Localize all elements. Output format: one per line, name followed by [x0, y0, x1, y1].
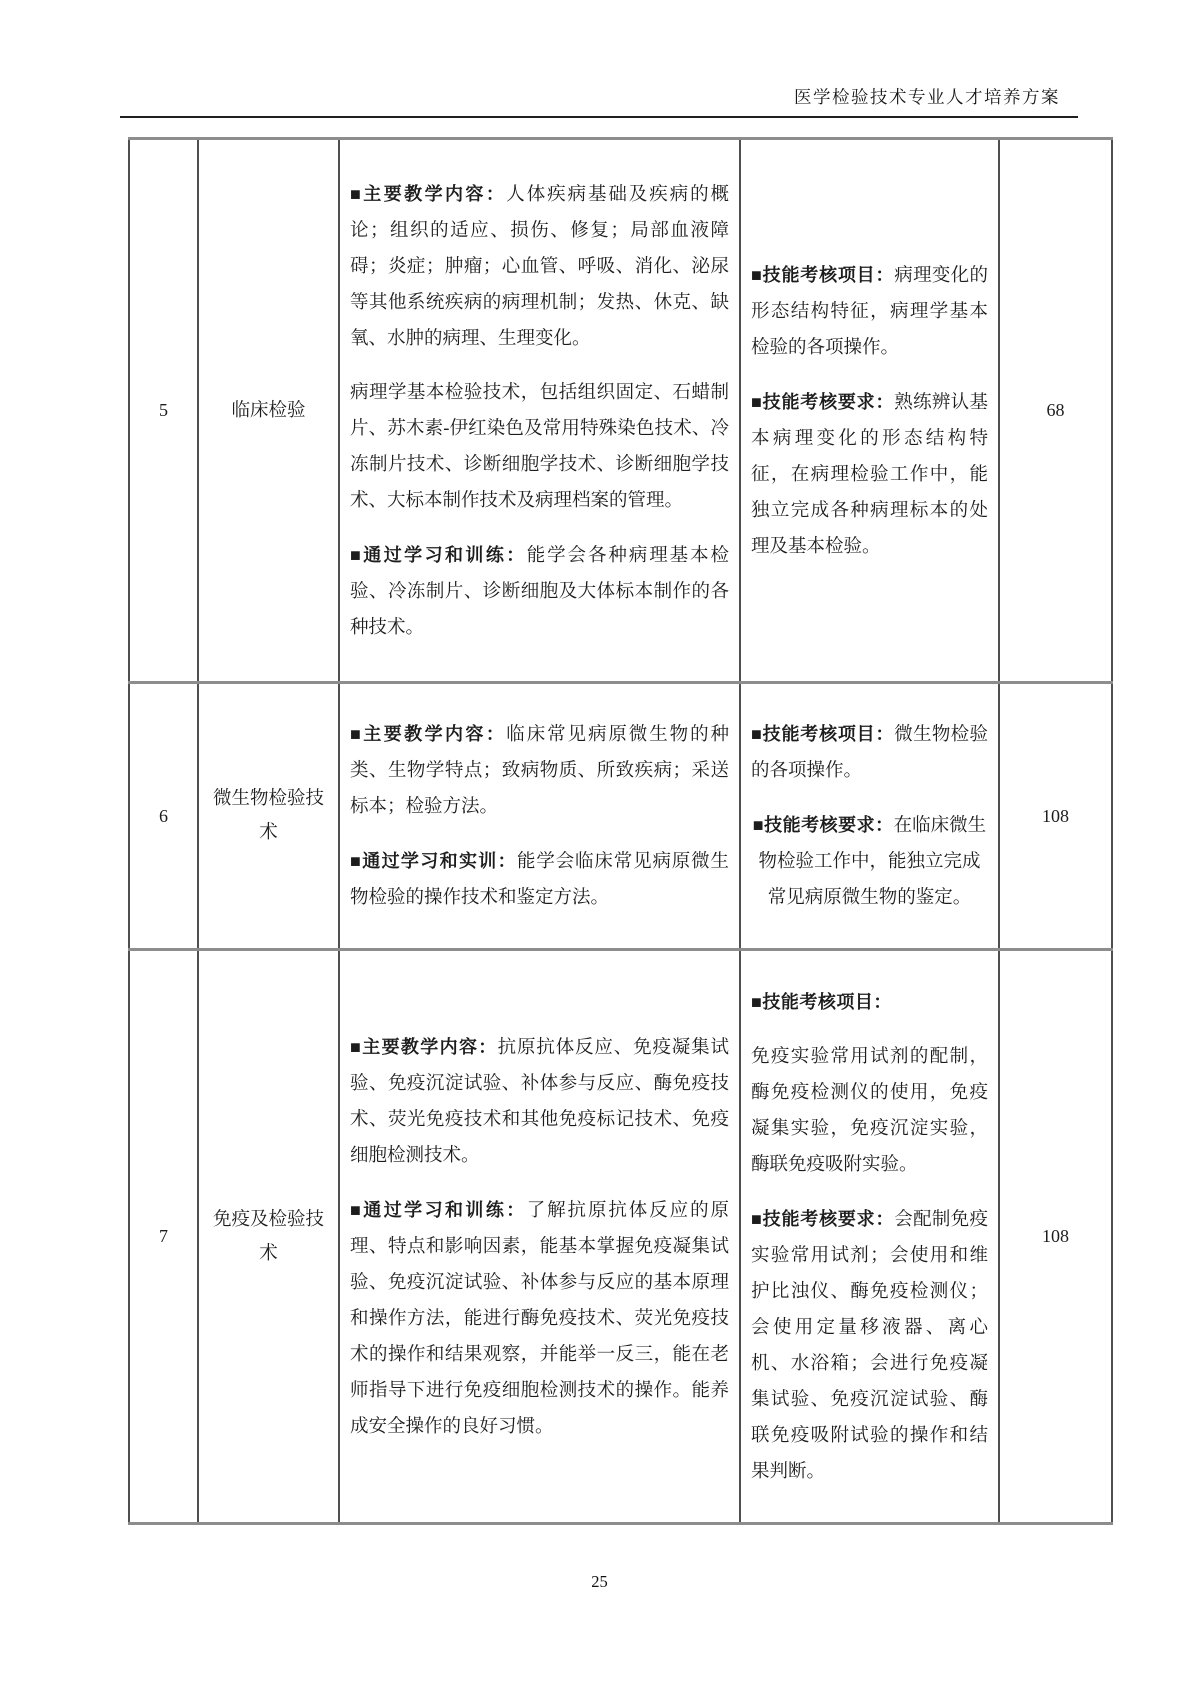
- paragraph: 病理学基本检验技术，包括组织固定、石蜡制片、苏木素-伊红染色及常用特殊染色技术、…: [350, 375, 729, 519]
- paragraph-label: ■主要教学内容：: [350, 1037, 498, 1057]
- paragraph-label: ■技能考核要求：: [753, 815, 894, 835]
- row-number: 6: [129, 683, 198, 950]
- page-number: 25: [0, 1572, 1199, 1592]
- paragraph: ■技能考核项目：微生物检验的各项操作。: [751, 716, 988, 789]
- table-row-course-5: 5 临床检验 ■主要教学内容：人体疾病基础及疾病的概论；组织的适应、损伤、修复；…: [129, 139, 1112, 683]
- table-row-course-6: 6 微生物检验技术 ■主要教学内容：临床常见病原微生物的种类、生物学特点；致病物…: [129, 683, 1112, 950]
- skill-assessment-cell: ■技能考核项目： 免疫实验常用试剂的配制，酶免疫检测仪的使用，免疫凝集实验，免疫…: [740, 950, 999, 1524]
- paragraph: ■主要教学内容：抗原抗体反应、免疫凝集试验、免疫沉淀试验、补体参与反应、酶免疫技…: [350, 1029, 729, 1174]
- skill-assessment-cell: ■技能考核项目：微生物检验的各项操作。 ■技能考核要求：在临床微生物检验工作中，…: [740, 683, 999, 950]
- course-hours: 108: [999, 683, 1112, 950]
- table-row-course-7: 7 免疫及检验技术 ■主要教学内容：抗原抗体反应、免疫凝集试验、免疫沉淀试验、补…: [129, 950, 1112, 1524]
- paragraph: ■技能考核要求：熟练辨认基本病理变化的形态结构特征，在病理检验工作中，能独立完成…: [751, 384, 988, 565]
- paragraph-label: ■技能考核项目：: [751, 724, 894, 744]
- page-header: 医学检验技术专业人才培养方案: [120, 84, 1078, 118]
- teaching-content-cell: ■主要教学内容：临床常见病原微生物的种类、生物学特点；致病物质、所致疾病；采送标…: [339, 683, 740, 950]
- paragraph-text: 熟练辨认基本病理变化的形态结构特征，在病理检验工作中，能独立完成各种病理标本的处…: [751, 393, 988, 557]
- course-name: 临床检验: [198, 139, 339, 683]
- row-number: 7: [129, 950, 198, 1524]
- teaching-content-cell: ■主要教学内容：抗原抗体反应、免疫凝集试验、免疫沉淀试验、补体参与反应、酶免疫技…: [339, 950, 740, 1524]
- paragraph-text: 了解抗原抗体反应的原理、特点和影响因素，能基本掌握免疫凝集试验、免疫沉淀试验、补…: [350, 1201, 729, 1437]
- paragraph: 免疫实验常用试剂的配制，酶免疫检测仪的使用，免疫凝集实验，免疫沉淀实验，酶联免疫…: [751, 1039, 988, 1183]
- paragraph-label: ■主要教学内容：: [350, 184, 506, 204]
- course-name: 微生物检验技术: [198, 683, 339, 950]
- paragraph-label: ■通过学习和训练：: [350, 1200, 527, 1220]
- paragraph-label: ■技能考核项目：: [751, 992, 892, 1012]
- paragraph-label: ■技能考核要求：: [751, 1209, 894, 1229]
- paragraph-text: 病理学基本检验技术，包括组织固定、石蜡制片、苏木素-伊红染色及常用特殊染色技术、…: [350, 383, 729, 511]
- paragraph-label: ■主要教学内容：: [350, 724, 506, 744]
- skill-assessment-cell: ■技能考核项目：病理变化的形态结构特征，病理学基本检验的各项操作。 ■技能考核要…: [740, 139, 999, 683]
- paragraph: ■技能考核要求：会配制免疫实验常用试剂；会使用和维护比浊仪、酶免疫检测仪；会使用…: [751, 1201, 988, 1490]
- paragraph-label: ■技能考核要求：: [751, 392, 894, 412]
- paragraph-label: ■技能考核项目：: [751, 265, 894, 285]
- header-title: 医学检验技术专业人才培养方案: [120, 84, 1078, 109]
- course-hours: 108: [999, 950, 1112, 1524]
- paragraph: ■技能考核项目：: [751, 984, 988, 1021]
- header-rule: [120, 116, 1078, 118]
- teaching-content-cell: ■主要教学内容：人体疾病基础及疾病的概论；组织的适应、损伤、修复；局部血液障碍；…: [339, 139, 740, 683]
- paragraph-text: 会配制免疫实验常用试剂；会使用和维护比浊仪、酶免疫检测仪；会使用定量移液器、离心…: [751, 1210, 988, 1482]
- paragraph: ■主要教学内容：人体疾病基础及疾病的概论；组织的适应、损伤、修复；局部血液障碍；…: [350, 176, 729, 357]
- paragraph-label: ■通过学习和实训：: [350, 851, 517, 871]
- paragraph-text: 免疫实验常用试剂的配制，酶免疫检测仪的使用，免疫凝集实验，免疫沉淀实验，酶联免疫…: [751, 1047, 988, 1175]
- row-number: 5: [129, 139, 198, 683]
- paragraph: ■通过学习和训练：能学会各种病理基本检验、冷冻制片、诊断细胞及大体标本制作的各种…: [350, 537, 729, 646]
- paragraph: ■通过学习和实训：能学会临床常见病原微生物检验的操作技术和鉴定方法。: [350, 843, 729, 916]
- paragraph: ■技能考核要求：在临床微生物检验工作中，能独立完成常见病原微生物的鉴定。: [751, 807, 988, 916]
- course-table: 5 临床检验 ■主要教学内容：人体疾病基础及疾病的概论；组织的适应、损伤、修复；…: [128, 137, 1113, 1525]
- paragraph: ■技能考核项目：病理变化的形态结构特征，病理学基本检验的各项操作。: [751, 257, 988, 366]
- document-page: 医学检验技术专业人才培养方案 5 临床检验 ■主要教学内容：人体疾病基础及疾病的…: [0, 0, 1199, 1696]
- paragraph-text: 人体疾病基础及疾病的概论；组织的适应、损伤、修复；局部血液障碍；炎症；肿瘤；心血…: [350, 185, 729, 349]
- paragraph-label: ■通过学习和训练：: [350, 545, 527, 565]
- course-name: 免疫及检验技术: [198, 950, 339, 1524]
- course-hours: 68: [999, 139, 1112, 683]
- paragraph: ■通过学习和训练：了解抗原抗体反应的原理、特点和影响因素，能基本掌握免疫凝集试验…: [350, 1192, 729, 1445]
- paragraph: ■主要教学内容：临床常见病原微生物的种类、生物学特点；致病物质、所致疾病；采送标…: [350, 716, 729, 825]
